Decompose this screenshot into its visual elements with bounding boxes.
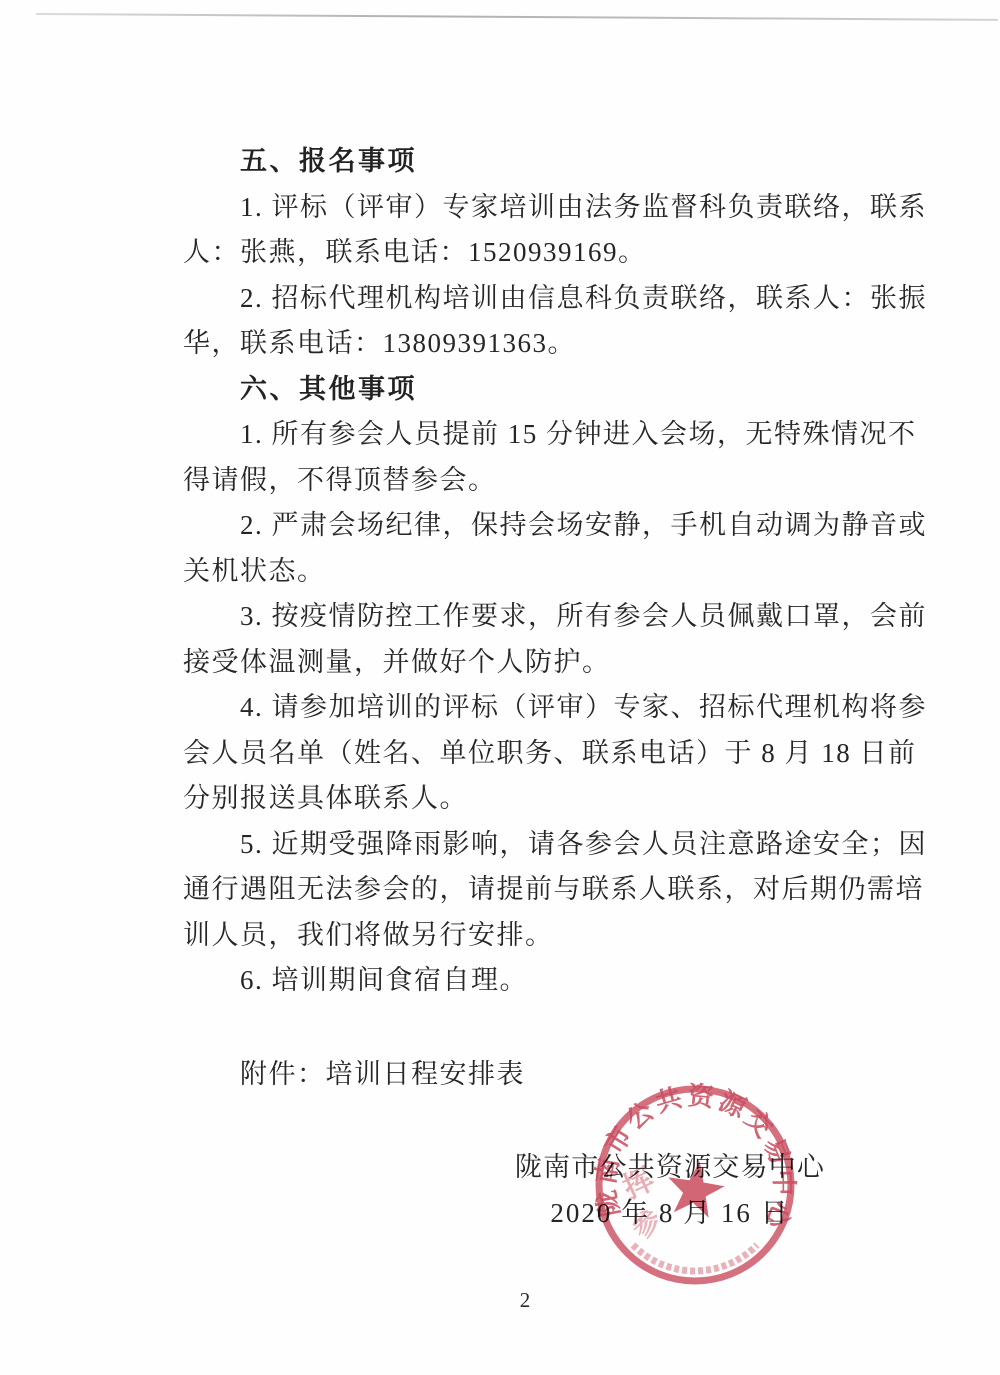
text-line: 2. 严肃会场纪律，保持会场安静，手机自动调为静音或: [183, 503, 883, 549]
document-body: 五、报名事项1. 评标（评审）专家培训由法务监督科负责联络，联系人：张燕，联系电…: [183, 139, 883, 1004]
text-line: 5. 近期受强降雨影响，请各参会人员注意路途安全；因: [183, 822, 883, 868]
paragraph: 1. 评标（评审）专家培训由法务监督科负责联络，联系人：张燕，联系电话：1520…: [183, 185, 883, 276]
seal-inner-artifact: 挥: [618, 1163, 659, 1206]
text-line: 接受体温测量，并做好个人防护。: [183, 640, 883, 686]
seal-star-icon: [663, 1157, 728, 1220]
paragraph: 6. 培训期间食宿自理。: [183, 958, 883, 1004]
document-page: 五、报名事项1. 评标（评审）专家培训由法务监督科负责联络，联系人：张燕，联系电…: [0, 0, 1000, 1375]
text-line: 6. 培训期间食宿自理。: [183, 958, 883, 1004]
paragraph: 2. 招标代理机构培训由信息科负责联络，联系人：张振华，联系电话：1380939…: [183, 276, 883, 367]
text-line: 2. 招标代理机构培训由信息科负责联络，联系人：张振: [183, 276, 883, 322]
paragraph: 1. 所有参会人员提前 15 分钟进入会场，无特殊情况不得请假，不得顶替参会。: [183, 412, 883, 503]
text-line: 得请假，不得顶替参会。: [183, 458, 883, 504]
text-line: 4. 请参加培训的评标（评审）专家、招标代理机构将参: [183, 685, 883, 731]
text-line: 分别报送具体联系人。: [183, 776, 883, 822]
text-line: 会人员名单（姓名、单位职务、联系电话）于 8 月 18 日前: [183, 731, 883, 777]
scan-artifact-line: [36, 13, 998, 21]
text-line: 华，联系电话：13809391363。: [183, 321, 883, 367]
text-line: 1. 评标（评审）专家培训由法务监督科负责联络，联系: [183, 185, 883, 231]
seal-ring-text: 陇南市公共资源交易中心: [591, 1080, 798, 1235]
paragraph: 4. 请参加培训的评标（评审）专家、招标代理机构将参会人员名单（姓名、单位职务、…: [183, 685, 883, 822]
section-heading: 六、其他事项: [183, 367, 883, 413]
section: 五、报名事项: [183, 139, 883, 185]
paragraph: 3. 按疫情防控工作要求，所有参会人员佩戴口罩，会前接受体温测量，并做好个人防护…: [183, 594, 883, 685]
text-line: 训人员，我们将做另行安排。: [183, 913, 883, 959]
paragraph: 2. 严肃会场纪律，保持会场安静，手机自动调为静音或关机状态。: [183, 503, 883, 594]
text-line: 3. 按疫情防控工作要求，所有参会人员佩戴口罩，会前: [183, 594, 883, 640]
seal-inner-artifact: 参: [625, 1203, 667, 1245]
text-line: 通行遇阻无法参会的，请提前与联系人联系，对后期仍需培: [183, 867, 883, 913]
page-number: 2: [508, 1288, 542, 1313]
paragraph: 5. 近期受强降雨影响，请各参会人员注意路途安全；因通行遇阻无法参会的，请提前与…: [183, 822, 883, 959]
text-line: 1. 所有参会人员提前 15 分钟进入会场，无特殊情况不: [183, 412, 883, 458]
section: 六、其他事项: [183, 367, 883, 413]
section-heading: 五、报名事项: [183, 139, 883, 185]
text-line: 关机状态。: [183, 549, 883, 595]
official-seal-stamp-icon: 陇南市公共资源交易中心 挥 参: [585, 1075, 805, 1295]
attachment-line: 附件：培训日程安排表: [240, 1052, 525, 1098]
text-line: 人：张燕，联系电话：1520939169。: [183, 230, 883, 276]
